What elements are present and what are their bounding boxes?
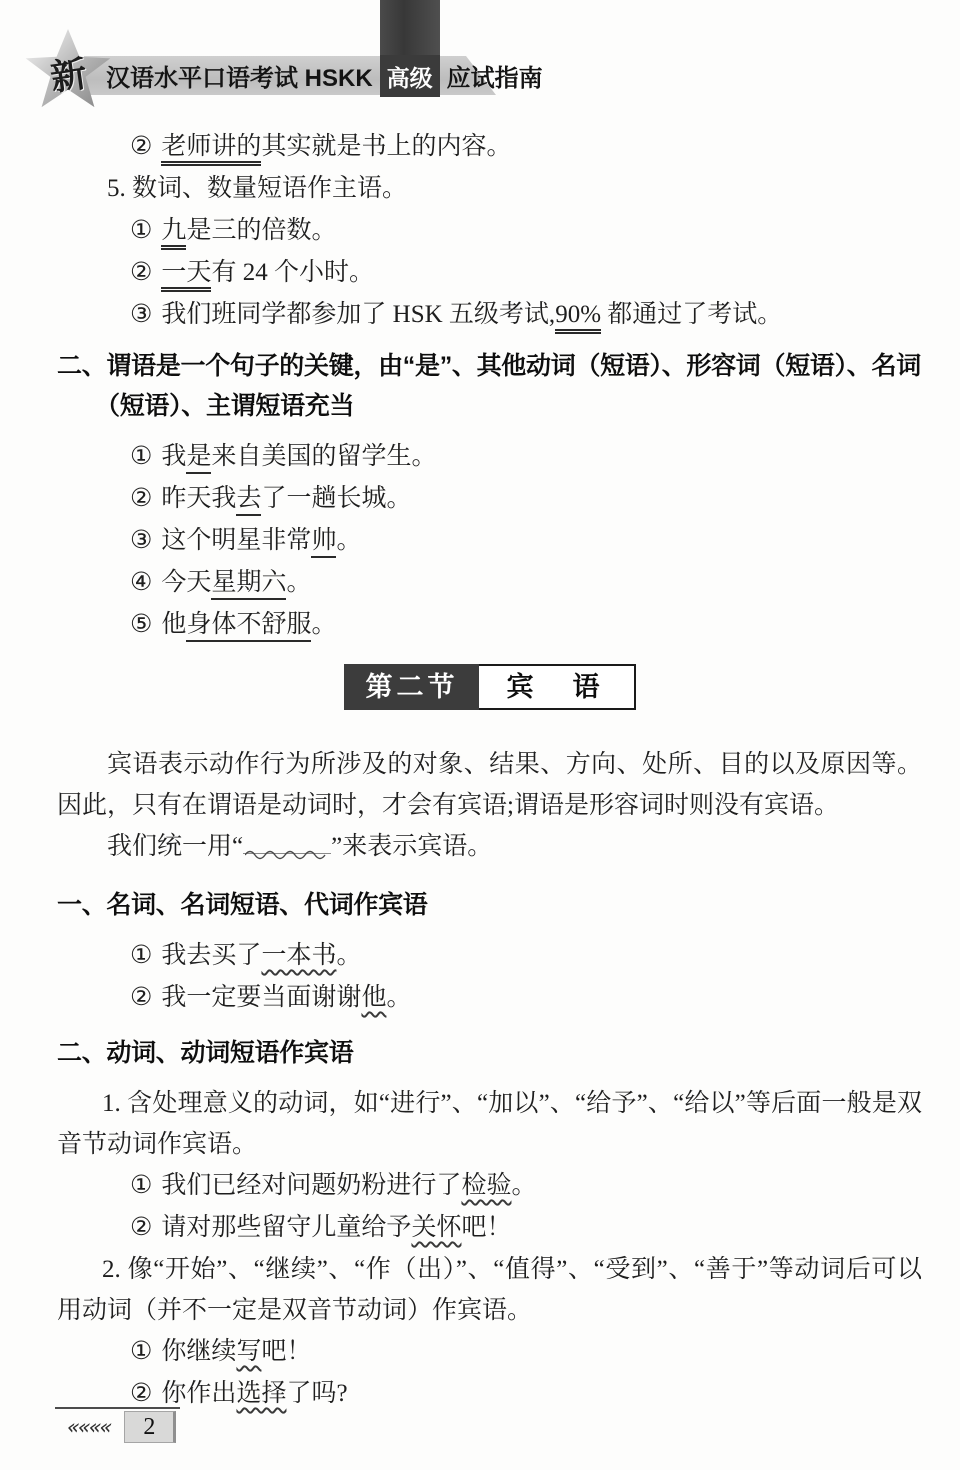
circled-number: ⑤ [130, 611, 152, 638]
sentence-pre: 请对那些留守儿童给予 [161, 1214, 411, 1241]
predicate-marked-text: 星期六 [211, 569, 286, 600]
back-chevrons-icon: «««« [64, 1414, 114, 1440]
sentence-post: 。 [286, 569, 311, 596]
page-content: ②老师讲的其实就是书上的内容。 5. 数词、数量短语作主语。 ①九是三的倍数。 … [57, 112, 922, 1415]
sentence-pre: 今天 [161, 569, 211, 596]
sentence-post: 。 [336, 942, 361, 969]
predicate-marked-text: 帅 [311, 527, 336, 558]
page-number: 2 [124, 1411, 176, 1443]
circled-number: ③ [130, 527, 152, 554]
sentence-post: 。 [311, 611, 336, 638]
circled-number: ② [130, 1380, 152, 1407]
sentence-pre: 我们已经对问题奶粉进行了 [161, 1172, 461, 1199]
sentence-post: 是三的倍数。 [186, 217, 336, 244]
circled-number: ① [130, 1338, 152, 1365]
example-item: ⑤他身体不舒服。 [57, 604, 922, 646]
sentence-post: 了一趟长城。 [261, 485, 411, 512]
object-marked-text: 检验 [461, 1172, 511, 1199]
circled-number: ③ [130, 301, 152, 328]
object-marked-text: 一本书 [261, 942, 336, 969]
header-banner: 汉语水平口语考试 HSKK 高级 应试指南 [84, 56, 496, 95]
sentence-post: 。 [336, 527, 361, 554]
section-banner: 第二节宾 语 [57, 664, 922, 710]
circled-number: ④ [130, 569, 152, 596]
example-item: ②请对那些留守儿童给予关怀吧！ [57, 1207, 922, 1249]
example-item: ②老师讲的其实就是书上的内容。 [57, 126, 922, 168]
level-badge: 高级 [380, 55, 440, 97]
footer-rule [55, 1407, 180, 1409]
sentence-pre: 我们班同学都参加了 HSK 五级考试, [161, 301, 555, 328]
circled-number: ② [130, 259, 152, 286]
example-item: ①我们已经对问题奶粉进行了检验。 [57, 1165, 922, 1207]
example-item: ①我是来自美国的留学生。 [57, 436, 922, 478]
circled-number: ① [130, 443, 152, 470]
subject-marked-text: 老师讲的 [161, 133, 261, 166]
heading-verb-objects: 二、动词、动词短语作宾语 [57, 1033, 922, 1073]
sentence-pre: 我一定要当面谢谢 [161, 984, 361, 1011]
page-footer: «««« 2 [55, 1407, 245, 1443]
subject-marked-text: 90% [555, 301, 601, 334]
header-title-right: 应试指南 [447, 58, 543, 93]
sentence-pre: 这个明星非常 [161, 527, 311, 554]
circled-number: ② [130, 485, 152, 512]
heading-noun-objects: 一、名词、名词短语、代词作宾语 [57, 885, 922, 925]
notation-pre: 我们统一用“ [107, 833, 243, 860]
example-item: ②昨天我去了一趟长城。 [57, 478, 922, 520]
object-marked-text: 选择 [236, 1380, 286, 1407]
object-marked-text: 写 [236, 1338, 261, 1365]
header-title-left: 汉语水平口语考试 HSKK [106, 58, 373, 93]
predicate-marked-text: 身体不舒服 [186, 611, 311, 642]
sentence-pre: 他 [161, 611, 186, 638]
example-item: ③这个明星非常帅。 [57, 520, 922, 562]
header-badge-column: 高级 [380, 55, 440, 97]
example-item: ①我去买了一本书。 [57, 935, 922, 977]
example-item: ②一天有 24 个小时。 [57, 252, 922, 294]
circled-number: ① [130, 217, 152, 244]
notation-line: 我们统一用“”来表示宾语。 [57, 826, 922, 867]
circled-number: ② [130, 984, 152, 1011]
sentence-post: 。 [511, 1172, 536, 1199]
section-number-box: 第二节 [344, 664, 479, 710]
subject-marked-text: 一天 [161, 259, 211, 292]
circled-number: ② [130, 133, 152, 160]
example-item: ②我一定要当面谢谢他。 [57, 977, 922, 1019]
verb-objects-point2: 2. 像“开始”、“继续”、“作（出）”、“值得”、“受到”、“善于”等动词后可… [57, 1249, 922, 1331]
object-marked-text: 关怀 [411, 1214, 461, 1241]
sentence-post: 都通过了考试。 [601, 301, 782, 328]
example-item: ①九是三的倍数。 [57, 210, 922, 252]
sentence-pre: 昨天我 [161, 485, 236, 512]
example-item: ①你继续写吧！ [57, 1331, 922, 1373]
subject-marked-text: 九 [161, 217, 186, 250]
footer-row: «««« 2 [55, 1411, 245, 1443]
circled-number: ① [130, 1172, 152, 1199]
numbered-point: 5. 数词、数量短语作主语。 [57, 168, 922, 210]
star-logo-char: 新 [47, 45, 90, 101]
sentence-pre: 你作出 [161, 1380, 236, 1407]
sentence-post: 了吗? [286, 1380, 347, 1407]
sentence-post: 吧！ [461, 1214, 511, 1241]
page-header: 汉语水平口语考试 HSKK 高级 应试指南 新 [0, 0, 960, 110]
circled-number: ② [130, 1214, 152, 1241]
example-item: ④今天星期六。 [57, 562, 922, 604]
predicate-marked-text: 去 [236, 485, 261, 516]
sentence-pre: 你继续 [161, 1338, 236, 1365]
example-item: ③我们班同学都参加了 HSK 五级考试,90% 都通过了考试。 [57, 294, 922, 336]
circled-number: ① [130, 942, 152, 969]
wavy-blank-icon [243, 832, 331, 854]
notation-post: ”来表示宾语。 [331, 833, 492, 860]
sentence-post: 。 [386, 984, 411, 1011]
verb-objects-point1: 1. 含处理意义的动词，如“进行”、“加以”、“给予”、“给以”等后面一般是双音… [57, 1083, 922, 1165]
sentence-post: 其实就是书上的内容。 [261, 133, 511, 160]
section-title-box: 宾 语 [479, 664, 636, 710]
object-intro-paragraph: 宾语表示动作行为所涉及的对象、结果、方向、处所、目的以及原因等。因此，只有在谓语… [57, 744, 922, 826]
sentence-pre: 我去买了 [161, 942, 261, 969]
sentence-post: 吧！ [261, 1338, 311, 1365]
object-marked-text: 他 [361, 984, 386, 1011]
sentence-pre: 我 [161, 443, 186, 470]
predicate-marked-text: 是 [186, 443, 211, 474]
section-heading-predicate-line2: （短语）、主谓短语充当 [57, 386, 922, 426]
sentence-post: 来自美国的留学生。 [211, 443, 436, 470]
section-heading-predicate: 二、谓语是一个句子的关键，由“是”、其他动词（短语）、形容词（短语）、名词 [57, 346, 922, 386]
sentence-post: 有 24 个小时。 [211, 259, 374, 286]
